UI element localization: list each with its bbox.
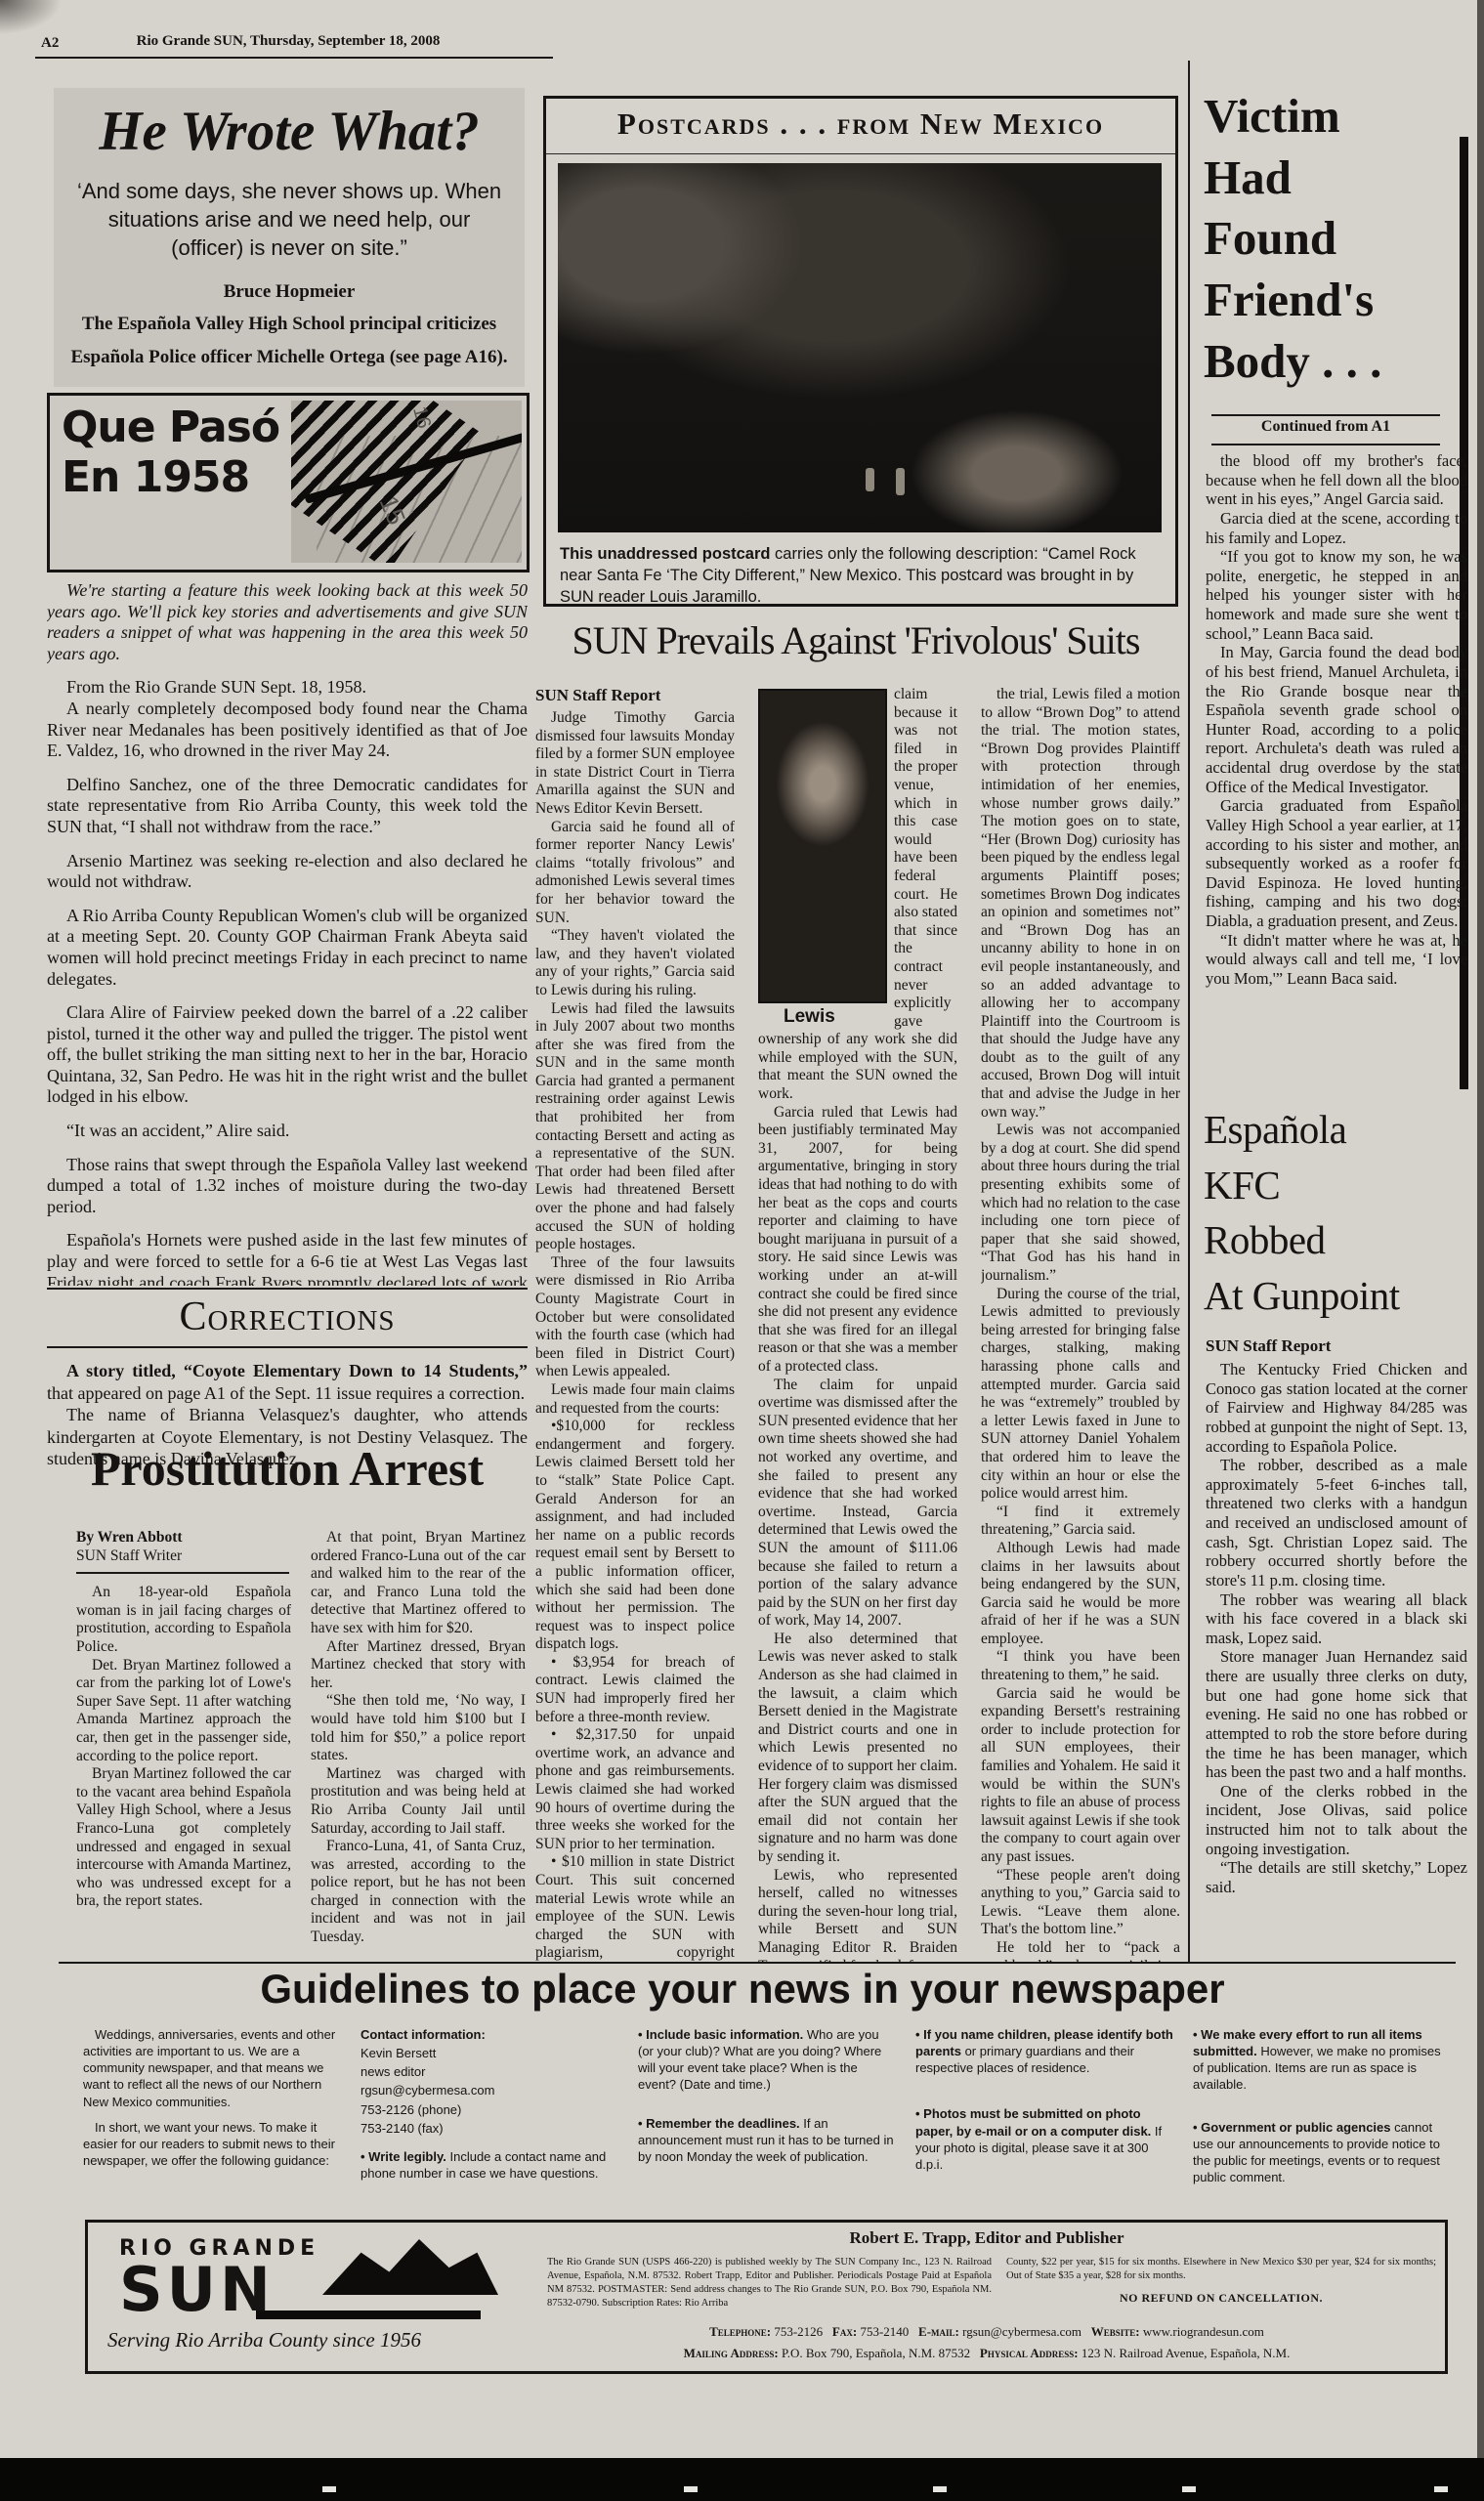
masthead-tagline: Serving Rio Arriba County since 1956 [107, 2328, 421, 2353]
paragraph: During the course of the trial, Lewis ad… [981, 1286, 1180, 1504]
victim-headline: VictimHadFoundFriend'sBody . . . [1204, 86, 1469, 393]
paragraph: After Martinez dressed, Bryan Martinez c… [311, 1638, 526, 1693]
film-tick-mark [1434, 2486, 1448, 2492]
masthead-fine-print-right: County, $22 per year, $15 for six months… [1006, 2256, 1436, 2307]
film-tick-mark [933, 2486, 947, 2492]
email-label: E-mail: [918, 2324, 959, 2339]
que-paso-title-line1: Que Pasó [62, 403, 279, 453]
paragraph: Española's Hornets were pushed aside in … [47, 1230, 528, 1286]
paragraph: The robber was wearing all black with hi… [1206, 1590, 1467, 1648]
paragraph: Kevin Bersett [360, 2045, 620, 2061]
pull-quote-attribution: Bruce Hopmeier The Española Valley High … [54, 276, 525, 373]
que-paso-body: We're starting a feature this week looki… [47, 580, 528, 1286]
scan-edge-shadow [1477, 0, 1484, 2501]
mailing-address-label: Mailing Address: [684, 2346, 779, 2360]
guidelines-column-5: • We make every effort to run all items … [1193, 2026, 1453, 2208]
film-edge-bottom [0, 2458, 1484, 2501]
website-label: Website: [1091, 2324, 1140, 2339]
paragraph: An 18-year-old Española woman is in jail… [76, 1584, 291, 1656]
que-paso-title: Que Pasó En 1958 [62, 403, 279, 502]
film-tick-mark [684, 2486, 698, 2492]
newspaper-page: A2 Rio Grande SUN, Thursday, September 1… [0, 0, 1484, 2501]
paragraph: Delfino Sanchez, one of the three Democr… [47, 775, 528, 838]
paragraph: •$10,000 for reckless endangerment and f… [535, 1418, 735, 1654]
paragraph: the trial, Lewis filed a motion to allow… [981, 686, 1180, 1122]
sun-prevails-column-1: SUN Staff Report Judge Timothy Garcia di… [535, 686, 735, 1962]
paragraph: One of the clerks robbed in the incident… [1206, 1782, 1467, 1859]
website-value: www.riograndesun.com [1143, 2324, 1264, 2339]
que-paso-from-line: From the Rio Grande SUN Sept. 18, 1958. [47, 677, 528, 699]
sun-prevails-column-2: Lewis claim because it was not filed in … [758, 686, 957, 1962]
prostitution-col1-paragraphs: An 18-year-old Española woman is in jail… [76, 1584, 291, 1911]
paragraph: Store manager Juan Hernandez said there … [1206, 1647, 1467, 1781]
que-paso-paragraphs: A nearly completely decomposed body foun… [47, 699, 528, 1286]
postcards-box: Postcards . . . from New Mexico This una… [543, 96, 1178, 607]
page-date-line: Rio Grande SUN, Thursday, September 18, … [127, 33, 449, 50]
attribution-line1: The Española Valley High School principa… [54, 308, 525, 340]
bullet-lead: • Include basic information. [638, 2027, 803, 2042]
pull-quote-title: He Wrote What? [64, 100, 515, 163]
masthead-box: RIO GRANDE SUN Serving Rio Arriba County… [85, 2220, 1448, 2374]
paragraph: Found [1204, 208, 1469, 270]
paragraph: “I think you have been threatening to th… [981, 1648, 1180, 1684]
sun-prevails-column-3: the trial, Lewis filed a motion to allow… [981, 686, 1180, 1962]
attribution-name: Bruce Hopmeier [54, 276, 525, 308]
paragraph: The Kentucky Fried Chicken and Conoco ga… [1206, 1360, 1467, 1456]
paragraph: Española [1204, 1102, 1473, 1158]
logo-sun: SUN [119, 2254, 275, 2325]
page-number: A2 [41, 35, 59, 52]
byline-author: By Wren Abbott [76, 1529, 291, 1547]
column-divider-rule [1188, 61, 1190, 1962]
paragraph: Garcia said he found all of former repor… [535, 819, 735, 928]
paragraph: Bryan Martinez followed the car to the v… [76, 1765, 291, 1911]
pull-quote-box: He Wrote What? ‘And some days, she never… [54, 88, 525, 387]
caption-lead: This unaddressed postcard [560, 545, 770, 563]
paragraph: In short, we want your news. To make it … [83, 2119, 343, 2169]
prostitution-headline: Prostitution Arrest [47, 1440, 528, 1497]
paragraph: At Gunpoint [1204, 1268, 1473, 1324]
byline: SUN Staff Report [535, 686, 735, 705]
paragraph: A Rio Arriba County Republican Women's c… [47, 906, 528, 990]
bullet-lead: • Government or public agencies [1193, 2120, 1391, 2135]
paragraph: “The details are still sketchy,” Lopez s… [1206, 1858, 1467, 1896]
paragraph: At that point, Bryan Martinez ordered Fr… [311, 1529, 526, 1638]
bullet-lead: • Write legibly. [360, 2149, 446, 2164]
que-paso-title-line2: En 1958 [62, 453, 279, 503]
contact-lines: Kevin Bersettnews editorrgsun@cybermesa.… [360, 2045, 620, 2137]
paragraph: Robbed [1204, 1212, 1473, 1268]
guidelines-bullet: • Write legibly. Include a contact name … [360, 2148, 620, 2182]
fax-label: Fax: [832, 2324, 857, 2339]
paragraph: Had [1204, 148, 1469, 209]
corrections-rule-bottom [47, 1346, 528, 1348]
paragraph: He told her to “pack a toothbrush” and e… [981, 1939, 1180, 1962]
paragraph: Three of the four lawsuits were dismisse… [535, 1254, 735, 1381]
lewis-portrait-photo [758, 689, 887, 1003]
que-paso-box: Que Pasó En 1958 15 16 [47, 393, 530, 572]
paragraph: “It was an accident,” Alire said. [47, 1121, 528, 1142]
paragraph: • $2,317.50 for unpaid overtime work, an… [535, 1726, 735, 1853]
paragraph: Franco-Luna, 41, of Santa Cruz, was arre… [311, 1838, 526, 1947]
guidelines-col1-paragraphs: Weddings, anniversaries, events and othe… [83, 2026, 343, 2169]
kfc-headline-lines: EspañolaKFCRobbedAt Gunpoint [1204, 1102, 1473, 1323]
camel-rock-photo [558, 163, 1162, 532]
paragraph: Although Lewis had made claims in her la… [981, 1540, 1180, 1649]
guidelines-column-3: • Include basic information. Who are you… [638, 2026, 898, 2208]
telephone-value: 753-2126 [774, 2324, 823, 2339]
prostitution-column-2: At that point, Bryan Martinez ordered Fr… [311, 1529, 526, 1971]
paragraph: Garcia ruled that Lewis had been justifi… [758, 1104, 957, 1377]
prostitution-column-1: By Wren Abbott SUN Staff Writer An 18-ye… [76, 1529, 291, 1971]
photo-figure [896, 468, 905, 495]
guidelines-headline: Guidelines to place your news in your ne… [59, 1966, 1426, 2013]
contact-header: Contact information: [360, 2026, 620, 2043]
attribution-line2: Española Police officer Michelle Ortega … [54, 341, 525, 373]
kfc-paragraphs: The Kentucky Fried Chicken and Conoco ga… [1206, 1360, 1467, 1897]
logo-banner-bar [256, 2310, 481, 2319]
sun-prevails-col3-paragraphs: the trial, Lewis filed a motion to allow… [981, 686, 1180, 1962]
paragraph: Lewis had filed the lawsuits in July 200… [535, 1000, 735, 1254]
continued-from-label: Continued from A1 [1211, 418, 1440, 436]
byline-title: SUN Staff Writer [76, 1547, 291, 1566]
paragraph: Lewis, who represented herself, called n… [758, 1867, 957, 1962]
sun-prevails-col1-paragraphs: Judge Timothy Garcia dismissed four laws… [535, 709, 735, 1962]
corrections-paragraph: A story titled, “Coyote Elementary Down … [47, 1360, 528, 1404]
paragraph: “These people aren't doing anything to y… [981, 1867, 1180, 1939]
victim-paragraphs: the blood off my brother's face, because… [1206, 451, 1467, 989]
guidelines-bullet: • Government or public agencies cannot u… [1193, 2119, 1453, 2186]
masthead-contact-line: Telephone: 753-2126 Fax: 753-2140 E-mail… [537, 2324, 1436, 2340]
continued-rule-bottom [1211, 444, 1440, 445]
masthead-fine-print-left: The Rio Grande SUN (USPS 466-220) is pub… [547, 2256, 992, 2310]
paragraph: news editor [360, 2063, 620, 2080]
paragraph: “They haven't violated the law, and they… [535, 927, 735, 999]
paragraph: “She then told me, ‘No way, I would have… [311, 1692, 526, 1764]
paragraph: Judge Timothy Garcia dismissed four laws… [535, 709, 735, 819]
prostitution-col2-paragraphs: At that point, Bryan Martinez ordered Fr… [311, 1529, 526, 1947]
paragraph: The claim for unpaid overtime was dismis… [758, 1377, 957, 1631]
paragraph: In May, Garcia found the dead body of hi… [1206, 643, 1467, 796]
paragraph: 753-2126 (phone) [360, 2101, 620, 2118]
byline-rule [76, 1572, 289, 1574]
telephone-label: Telephone: [709, 2324, 771, 2339]
kfc-headline: EspañolaKFCRobbedAt Gunpoint [1204, 1102, 1473, 1323]
lewis-photo-caption: Lewis [758, 1003, 887, 1028]
photo-figure [866, 468, 874, 491]
comb-and-pen-photo: 15 16 [291, 401, 522, 563]
physical-address-label: Physical Address: [980, 2346, 1079, 2360]
guidelines-bullet: • If you name children, please identify … [915, 2026, 1175, 2076]
paragraph: • $10 million in state District Court. T… [535, 1853, 735, 1962]
paragraph: Lewis made four main claims and requeste… [535, 1381, 735, 1418]
victim-headline-lines: VictimHadFoundFriend'sBody . . . [1204, 86, 1469, 393]
postcards-header-rule [546, 153, 1175, 154]
paragraph: the blood off my brother's face, because… [1206, 451, 1467, 509]
paragraph: KFC [1204, 1158, 1473, 1213]
paragraph: Body . . . [1204, 331, 1469, 393]
paragraph: The robber, described as a male approxim… [1206, 1456, 1467, 1590]
paragraph: Lewis was not accompanied by a dog at co… [981, 1122, 1180, 1285]
film-tick-mark [322, 2486, 336, 2492]
no-refund-notice: NO REFUND ON CANCELLATION. [1006, 2291, 1436, 2307]
fine-print-right-text: County, $22 per year, $15 for six months… [1006, 2257, 1436, 2281]
header-rule [35, 57, 553, 59]
paragraph: Clara Alire of Fairview peeked down the … [47, 1002, 528, 1108]
paragraph: A nearly completely decomposed body foun… [47, 699, 528, 762]
paragraph: Arsenio Martinez was seeking re-election… [47, 851, 528, 893]
paragraph: Garcia graduated from Española Valley Hi… [1206, 796, 1467, 930]
paragraph: Martinez was charged with prostitution a… [311, 1765, 526, 1838]
bullet-lead: • Photos must be submitted on photo pape… [915, 2106, 1151, 2138]
corrections-p1-rest: that appeared on page A1 of the Sept. 11… [47, 1383, 525, 1403]
paragraph: “I find it extremely threatening,” Garci… [981, 1504, 1180, 1540]
paragraph: • $3,954 for breach of contract. Lewis c… [535, 1654, 735, 1726]
paragraph: Victim [1204, 86, 1469, 148]
postcards-header: Postcards . . . from New Mexico [546, 106, 1175, 142]
paragraph: He also determined that Lewis was never … [758, 1631, 957, 1867]
corrections-title: Corrections [47, 1293, 528, 1340]
email-value: rgsun@cybermesa.com [962, 2324, 1081, 2339]
guidelines-bullet: • Remember the deadlines. If an announce… [638, 2115, 898, 2165]
postcards-caption: This unaddressed postcard carries only t… [560, 544, 1160, 608]
fax-value: 753-2140 [860, 2324, 909, 2339]
corrections-story-title: A story titled, “Coyote Elementary Down … [66, 1361, 528, 1380]
film-tick-mark [1182, 2486, 1196, 2492]
lewis-photo-block: Lewis [758, 689, 887, 1028]
contact-header-text: Contact information: [360, 2027, 486, 2042]
paragraph: Those rains that swept through the Españ… [47, 1155, 528, 1218]
mailing-address-value: P.O. Box 790, Española, N.M. 87532 [782, 2346, 970, 2360]
victim-body: the blood off my brother's face, because… [1206, 451, 1467, 1057]
paragraph: Weddings, anniversaries, events and othe… [83, 2026, 343, 2110]
que-paso-intro: We're starting a feature this week looki… [47, 580, 528, 664]
paragraph: “It didn't matter where he was at, he wo… [1206, 931, 1467, 989]
guidelines-column-2: Contact information: Kevin Bersettnews e… [360, 2026, 620, 2208]
kfc-body: The Kentucky Fried Chicken and Conoco ga… [1206, 1360, 1467, 1960]
guidelines-column-4: • If you name children, please identify … [915, 2026, 1175, 2208]
paragraph: Garcia said he would be expanding Berset… [981, 1685, 1180, 1867]
guidelines-bullet: • We make every effort to run all items … [1193, 2026, 1453, 2094]
mountain-logo-graphic [322, 2234, 498, 2295]
guidelines-column-1: Weddings, anniversaries, events and othe… [83, 2026, 343, 2208]
continued-rule-top [1211, 414, 1440, 416]
masthead-address-line: Mailing Address: P.O. Box 790, Española,… [537, 2346, 1436, 2361]
corrections-rule-top [47, 1288, 528, 1290]
guidelines-bullet: • Include basic information. Who are you… [638, 2026, 898, 2094]
paragraph: rgsun@cybermesa.com [360, 2082, 620, 2098]
paragraph: Garcia died at the scene, according to h… [1206, 509, 1467, 547]
kfc-byline: SUN Staff Report [1206, 1336, 1331, 1356]
bullet-lead: • Remember the deadlines. [638, 2116, 800, 2131]
physical-address-value: 123 N. Railroad Avenue, Española, N.M. [1081, 2346, 1291, 2360]
guidelines-bullet: • Photos must be submitted on photo pape… [915, 2105, 1175, 2173]
publisher-line: Robert E. Trapp, Editor and Publisher [537, 2228, 1436, 2248]
sun-prevails-col2-paragraphs: Garcia ruled that Lewis had been justifi… [758, 1104, 957, 1962]
sun-prevails-headline: SUN Prevails Against 'Frivolous' Suits [531, 617, 1180, 663]
paragraph: Friend's [1204, 270, 1469, 331]
paragraph: Det. Bryan Martinez followed a car from … [76, 1657, 291, 1766]
paragraph: 753-2140 (fax) [360, 2120, 620, 2137]
paragraph: “If you got to know my son, he was polit… [1206, 547, 1467, 643]
pull-quote-text: ‘And some days, she never shows up. When… [72, 177, 506, 262]
